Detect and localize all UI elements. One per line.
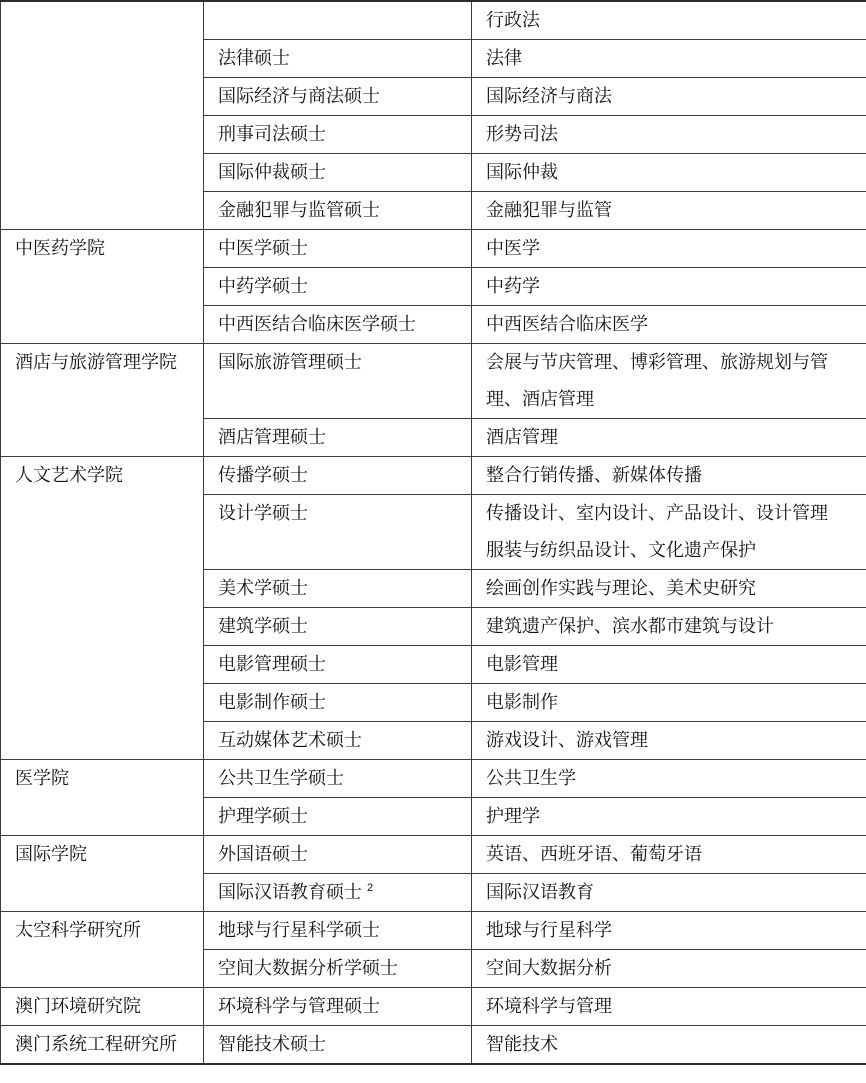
program-name: 中医学硕士 <box>218 238 308 258</box>
direction-cell: 护理学 <box>472 798 866 836</box>
program-cell <box>204 1 472 40</box>
direction-cell: 游戏设计、游戏管理 <box>472 722 866 760</box>
program-cell: 中医学硕士 <box>204 230 472 268</box>
program-cell: 法律硕士 <box>204 40 472 78</box>
program-name: 外国语硕士 <box>218 844 308 864</box>
program-name: 国际经济与商法硕士 <box>218 86 380 106</box>
direction-cell: 国际经济与商法 <box>472 78 866 116</box>
program-name: 电影管理硕士 <box>218 654 326 674</box>
program-cell: 中药学硕士 <box>204 268 472 306</box>
direction-cell: 英语、西班牙语、葡萄牙语 <box>472 836 866 874</box>
program-cell: 金融犯罪与监管硕士 <box>204 192 472 230</box>
college-cell: 人文艺术学院 <box>1 457 204 760</box>
program-name: 中药学硕士 <box>218 276 308 296</box>
direction-cell: 行政法 <box>472 1 866 40</box>
program-cell: 空间大数据分析学硕士 <box>204 950 472 988</box>
table-row: 澳门系统工程研究所智能技术硕士智能技术 <box>1 1026 866 1065</box>
table-row: 医学院公共卫生学硕士公共卫生学 <box>1 760 866 798</box>
table-row: 国际学院外国语硕士英语、西班牙语、葡萄牙语 <box>1 836 866 874</box>
program-cell: 刑事司法硕士 <box>204 116 472 154</box>
direction-cell: 传播设计、室内设计、产品设计、设计管理 服装与纺织品设计、文化遗产保护 <box>472 495 866 570</box>
program-name: 国际汉语教育硕士 <box>218 882 362 902</box>
direction-cell: 空间大数据分析 <box>472 950 866 988</box>
direction-cell: 法律 <box>472 40 866 78</box>
program-name: 智能技术硕士 <box>218 1034 326 1054</box>
program-cell: 美术学硕士 <box>204 570 472 608</box>
table-row: 人文艺术学院传播学硕士整合行销传播、新媒体传播 <box>1 457 866 495</box>
table-row: 澳门环境研究院环境科学与管理硕士环境科学与管理 <box>1 988 866 1026</box>
college-cell: 澳门系统工程研究所 <box>1 1026 204 1065</box>
direction-cell: 形势司法 <box>472 116 866 154</box>
program-cell: 电影管理硕士 <box>204 646 472 684</box>
college-cell: 澳门环境研究院 <box>1 988 204 1026</box>
program-name: 空间大数据分析学硕士 <box>218 958 398 978</box>
program-cell: 国际仲裁硕士 <box>204 154 472 192</box>
direction-cell: 智能技术 <box>472 1026 866 1065</box>
program-name: 公共卫生学硕士 <box>218 768 344 788</box>
program-name: 地球与行星科学硕士 <box>218 920 380 940</box>
program-name: 建筑学硕士 <box>218 616 308 636</box>
direction-cell: 电影管理 <box>472 646 866 684</box>
direction-cell: 公共卫生学 <box>472 760 866 798</box>
program-cell: 公共卫生学硕士 <box>204 760 472 798</box>
program-cell: 互动媒体艺术硕士 <box>204 722 472 760</box>
table-row: 中医药学院中医学硕士中医学 <box>1 230 866 268</box>
table-row: 行政法 <box>1 1 866 40</box>
program-name: 金融犯罪与监管硕士 <box>218 200 380 220</box>
direction-cell: 绘画创作实践与理论、美术史研究 <box>472 570 866 608</box>
programs-table: 行政法法律硕士法律国际经济与商法硕士国际经济与商法刑事司法硕士形势司法国际仲裁硕… <box>0 0 866 1065</box>
college-cell: 医学院 <box>1 760 204 836</box>
direction-cell: 环境科学与管理 <box>472 988 866 1026</box>
program-name: 传播学硕士 <box>218 465 308 485</box>
college-cell <box>1 1 204 230</box>
table-row: 酒店与旅游管理学院国际旅游管理硕士会展与节庆管理、博彩管理、旅游规划与管 理、酒… <box>1 344 866 419</box>
program-name: 互动媒体艺术硕士 <box>218 730 362 750</box>
program-name: 设计学硕士 <box>218 503 308 523</box>
program-footnote-superscript: 2 <box>367 882 373 894</box>
direction-cell: 地球与行星科学 <box>472 912 866 950</box>
program-name: 国际仲裁硕士 <box>218 162 326 182</box>
program-cell: 环境科学与管理硕士 <box>204 988 472 1026</box>
program-cell: 国际汉语教育硕士2 <box>204 874 472 912</box>
program-cell: 外国语硕士 <box>204 836 472 874</box>
program-name: 刑事司法硕士 <box>218 124 326 144</box>
table-row: 太空科学研究所地球与行星科学硕士地球与行星科学 <box>1 912 866 950</box>
direction-cell: 国际汉语教育 <box>472 874 866 912</box>
programs-table-body: 行政法法律硕士法律国际经济与商法硕士国际经济与商法刑事司法硕士形势司法国际仲裁硕… <box>1 1 866 1064</box>
document-page: 行政法法律硕士法律国际经济与商法硕士国际经济与商法刑事司法硕士形势司法国际仲裁硕… <box>0 0 866 1083</box>
program-cell: 国际旅游管理硕士 <box>204 344 472 419</box>
direction-cell: 金融犯罪与监管 <box>472 192 866 230</box>
program-name: 法律硕士 <box>218 48 290 68</box>
direction-cell: 整合行销传播、新媒体传播 <box>472 457 866 495</box>
college-cell: 中医药学院 <box>1 230 204 344</box>
program-name: 美术学硕士 <box>218 578 308 598</box>
direction-cell: 会展与节庆管理、博彩管理、旅游规划与管 理、酒店管理 <box>472 344 866 419</box>
program-cell: 传播学硕士 <box>204 457 472 495</box>
program-cell: 电影制作硕士 <box>204 684 472 722</box>
program-cell: 建筑学硕士 <box>204 608 472 646</box>
program-cell: 护理学硕士 <box>204 798 472 836</box>
program-cell: 国际经济与商法硕士 <box>204 78 472 116</box>
program-cell: 设计学硕士 <box>204 495 472 570</box>
program-name: 国际旅游管理硕士 <box>218 352 362 372</box>
program-name: 电影制作硕士 <box>218 692 326 712</box>
program-cell: 地球与行星科学硕士 <box>204 912 472 950</box>
direction-cell: 中药学 <box>472 268 866 306</box>
college-cell: 国际学院 <box>1 836 204 912</box>
direction-cell: 酒店管理 <box>472 419 866 457</box>
program-cell: 智能技术硕士 <box>204 1026 472 1065</box>
direction-cell: 电影制作 <box>472 684 866 722</box>
college-cell: 太空科学研究所 <box>1 912 204 988</box>
college-cell: 酒店与旅游管理学院 <box>1 344 204 457</box>
direction-cell: 中医学 <box>472 230 866 268</box>
direction-cell: 建筑遗产保护、滨水都市建筑与设计 <box>472 608 866 646</box>
program-name: 护理学硕士 <box>218 806 308 826</box>
program-name: 中西医结合临床医学硕士 <box>218 314 416 334</box>
program-name: 酒店管理硕士 <box>218 427 326 447</box>
direction-cell: 中西医结合临床医学 <box>472 306 866 344</box>
program-cell: 中西医结合临床医学硕士 <box>204 306 472 344</box>
direction-cell: 国际仲裁 <box>472 154 866 192</box>
program-name: 环境科学与管理硕士 <box>218 996 380 1016</box>
program-cell: 酒店管理硕士 <box>204 419 472 457</box>
